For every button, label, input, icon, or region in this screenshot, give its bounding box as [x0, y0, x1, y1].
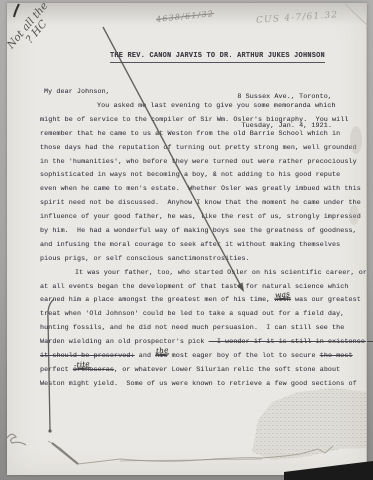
letter-line: Weston might yield. Some of us were know…: [40, 378, 373, 392]
letter-line: hunting fossils, and he did not need muc…: [40, 322, 373, 336]
letter-line: perfect orthoceras-tite, or whatever Low…: [40, 364, 373, 378]
typed-text: Weston might yield. Some of us were know…: [40, 380, 357, 388]
typed-text: influence of your good father, he was, l…: [40, 213, 361, 221]
typed-text: in the 'humanities', who before they wer…: [40, 158, 357, 166]
typed-text: at all events began the development of t…: [40, 283, 349, 291]
letter-line: remember that he came to us at Weston fr…: [40, 128, 373, 142]
struck-text: histhe: [155, 352, 167, 360]
typed-text: perfect: [40, 366, 73, 374]
typed-text: was our greatest: [291, 296, 361, 304]
handwritten-insertion: -tite: [73, 357, 90, 372]
letter-line: by him. He had a wonderful way of making…: [40, 225, 373, 239]
typed-text: hunting fossils, and he did not need muc…: [40, 324, 344, 332]
letter-body: You asked me last evening to give you so…: [40, 100, 373, 392]
typed-text: might be of service to the compiler of S…: [40, 116, 349, 124]
typed-text: It was your father, too, who started Osl…: [75, 269, 367, 277]
typed-text: and infusing the moral courage to seek a…: [40, 241, 340, 249]
typed-text: most eager boy of the lot to secure: [168, 352, 320, 360]
letter-line: and infusing the moral courage to seek a…: [40, 239, 373, 253]
typed-text: even when he came to men's estate. Wheth…: [40, 185, 361, 193]
typed-text: Warden wielding an old prospector's pick: [40, 338, 209, 346]
letter-line: influence of your good father, he was, l…: [40, 211, 373, 225]
struck-text: the most: [320, 352, 353, 360]
scanned-letter-page: 4638/61/32 CUS 4-7/61.32 Not all the ? H…: [0, 0, 373, 480]
struck-text: - I wonder if it is still in existence -: [209, 338, 373, 346]
letter-line: treat when 'Old Johnson' could be led to…: [40, 308, 373, 322]
letter-line: might be of service to the compiler of S…: [40, 114, 373, 128]
typed-text: treat when 'Old Johnson' could be led to…: [40, 310, 344, 318]
typed-text: earned him a place amongst the greatest …: [40, 296, 274, 304]
typed-text: remember that he came to us at Weston fr…: [40, 130, 340, 138]
typed-text: spirit need not be discussed. Anyhow I k…: [40, 199, 361, 207]
letter-line: spirit need not be discussed. Anyhow I k…: [40, 197, 373, 211]
letter-line: those days had the reputation of turning…: [40, 142, 373, 156]
typed-text: You asked me last evening to give you so…: [97, 102, 336, 110]
letter-line: at all events began the development of t…: [40, 281, 373, 295]
struck-text: withwas: [274, 296, 290, 304]
typed-text: pious prigs, or self conscious sanctimon…: [40, 255, 250, 263]
handwritten-insertion: was: [275, 288, 291, 303]
letter-title: THE REV. CANON JARVIS TO DR. ARTHUR JUKE…: [110, 52, 325, 63]
typed-text: sophisticated in ways not becoming a boy…: [40, 171, 340, 179]
handwritten-insertion: the: [155, 343, 169, 358]
typed-text: by him. He had a wonderful way of making…: [40, 227, 357, 235]
letter-line: It was your father, too, who started Osl…: [40, 267, 373, 281]
letter-line: Warden wielding an old prospector's pick…: [40, 336, 373, 350]
letter-line: it should be preserved: and histhe most …: [40, 350, 373, 364]
letter-line: even when he came to men's estate. Wheth…: [40, 183, 373, 197]
typed-text: those days had the reputation of turning…: [40, 144, 357, 152]
struck-text: orthoceras-tite: [73, 366, 114, 374]
typed-text: and: [135, 352, 156, 360]
letter-line: You asked me last evening to give you so…: [40, 100, 373, 114]
letter-line: sophisticated in ways not becoming a boy…: [40, 169, 373, 183]
letter-line: in the 'humanities', who before they wer…: [40, 156, 373, 170]
letter-line: pious prigs, or self conscious sanctimon…: [40, 253, 373, 267]
typed-text: , or whatever Lower Silurian relic the s…: [114, 366, 340, 374]
letter-line: earned him a place amongst the greatest …: [40, 294, 373, 308]
salutation: My dear Johnson,: [44, 88, 110, 96]
